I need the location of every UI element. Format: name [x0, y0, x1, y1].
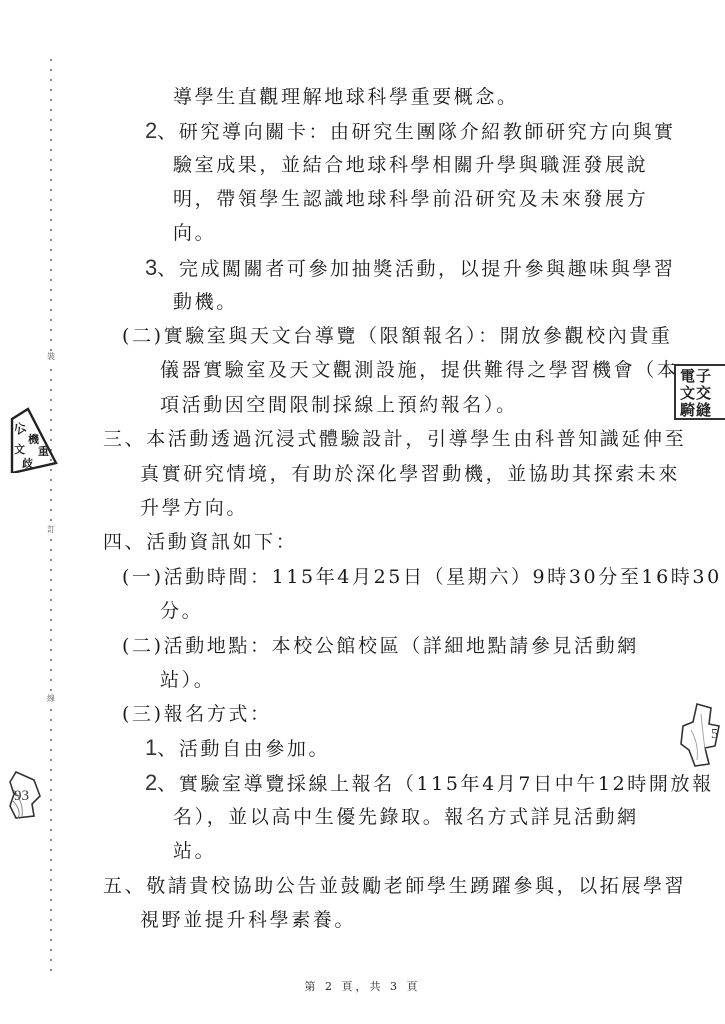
serial-stamp-icon: 93: [8, 770, 42, 820]
svg-text:機: 機: [28, 432, 40, 446]
text-line: 項活動因空間限制採線上預約報名）。: [160, 393, 518, 417]
seal-stamp-icon: 公 機 重 文 歧: [10, 405, 58, 473]
section-three-line: 三、本活動透過沉浸式體驗設計，引導學生由科普知識延伸至: [103, 427, 686, 451]
text-line: 明，帶領學生認識地球科學前沿研究及未來發展方: [173, 187, 648, 211]
text-line: 動機。: [173, 290, 238, 314]
svg-text:歧: 歧: [22, 456, 33, 470]
text-line: 、完成闖關者可參加抽獎活動，以提升參與趣味與學習: [157, 258, 675, 280]
text-line: 、實驗室導覽採線上報名（115年4月7日中午12時開放報: [157, 773, 713, 795]
binding-label-ding: 訂: [44, 525, 58, 535]
activity-time-line: (一)活動時間：115年4月25日（星期六）9時30分至16時30: [122, 565, 722, 589]
e-document-seam-stamp: 電子 文交 騎縫: [674, 364, 725, 420]
svg-text:公: 公: [12, 420, 29, 438]
text-line: 站）。: [160, 668, 215, 692]
section-four-heading: 四、活動資訊如下：: [103, 530, 297, 554]
list-item-2-line: 2、實驗室導覽採線上報名（115年4月7日中午12時開放報: [145, 771, 714, 795]
text-line: 導學生直觀理解地球科學重要概念。: [173, 85, 519, 109]
page-indicator: 第 2 頁，共 3 頁: [0, 978, 725, 994]
list-item-1-line: 1、活動自由參加。: [145, 736, 330, 760]
stamp-line-3: 騎縫: [680, 402, 725, 419]
text-line: 驗室成果，並結合地球科學相關升學與職涯發展說: [173, 153, 648, 177]
binding-label-zhuang: 裝: [44, 352, 58, 362]
svg-text:重: 重: [38, 444, 49, 458]
svg-text:93: 93: [14, 788, 29, 804]
text-line: 分。: [160, 599, 203, 623]
text-line: 視野並提升科學素養。: [140, 908, 356, 932]
activity-location-line: (二)活動地點：本校公館校區（詳細地點請參見活動網: [122, 634, 639, 658]
list-marker: 3: [145, 255, 157, 280]
text-line: 儀器實驗室及天文觀測設施，提供難得之學習機會（本: [160, 358, 678, 382]
stamp-line-2: 文交: [680, 385, 725, 402]
list-item-2-line: 2、研究導向關卡：由研究生團隊介紹教師研究方向與實: [145, 119, 676, 143]
text-line: 、活動自由參加。: [157, 738, 330, 760]
svg-text:文: 文: [14, 442, 25, 456]
document-page: 裝 訂 線 公 機 重 文 歧 電子 文交 騎縫 93 5 導學生直觀理解地球科…: [0, 0, 725, 1024]
text-line: 站。: [173, 839, 216, 863]
registration-heading: (三)報名方式：: [122, 702, 272, 726]
text-line: 向。: [173, 221, 216, 245]
stamp-line-1: 電子: [680, 368, 725, 385]
list-item-3-line: 3、完成闖關者可參加抽獎活動，以提升參與趣味與學習: [145, 256, 676, 280]
section-2-heading: (二)實驗室與天文台導覽（限額報名）：開放參觀校內貴重: [122, 324, 673, 348]
serial-stamp-right-icon: 5: [675, 700, 725, 770]
text-line: 真實研究情境，有助於深化學習動機，並協助其探索未來: [140, 462, 680, 486]
list-marker: 2: [145, 118, 157, 143]
binding-dotted-line: [50, 55, 52, 975]
section-five-line: 五、敬請貴校協助公告並鼓勵老師學生踴躍參與，以拓展學習: [103, 874, 686, 898]
text-line: 、研究導向關卡：由研究生團隊介紹教師研究方向與實: [157, 121, 675, 143]
list-marker: 1: [145, 735, 157, 760]
binding-label-xian: 線: [44, 694, 58, 704]
text-line: 升學方向。: [140, 496, 248, 520]
text-line: 名），並以高中生優先錄取。報名方式詳見活動網: [173, 805, 639, 829]
list-marker: 2: [145, 770, 157, 795]
svg-text:5: 5: [711, 727, 718, 742]
